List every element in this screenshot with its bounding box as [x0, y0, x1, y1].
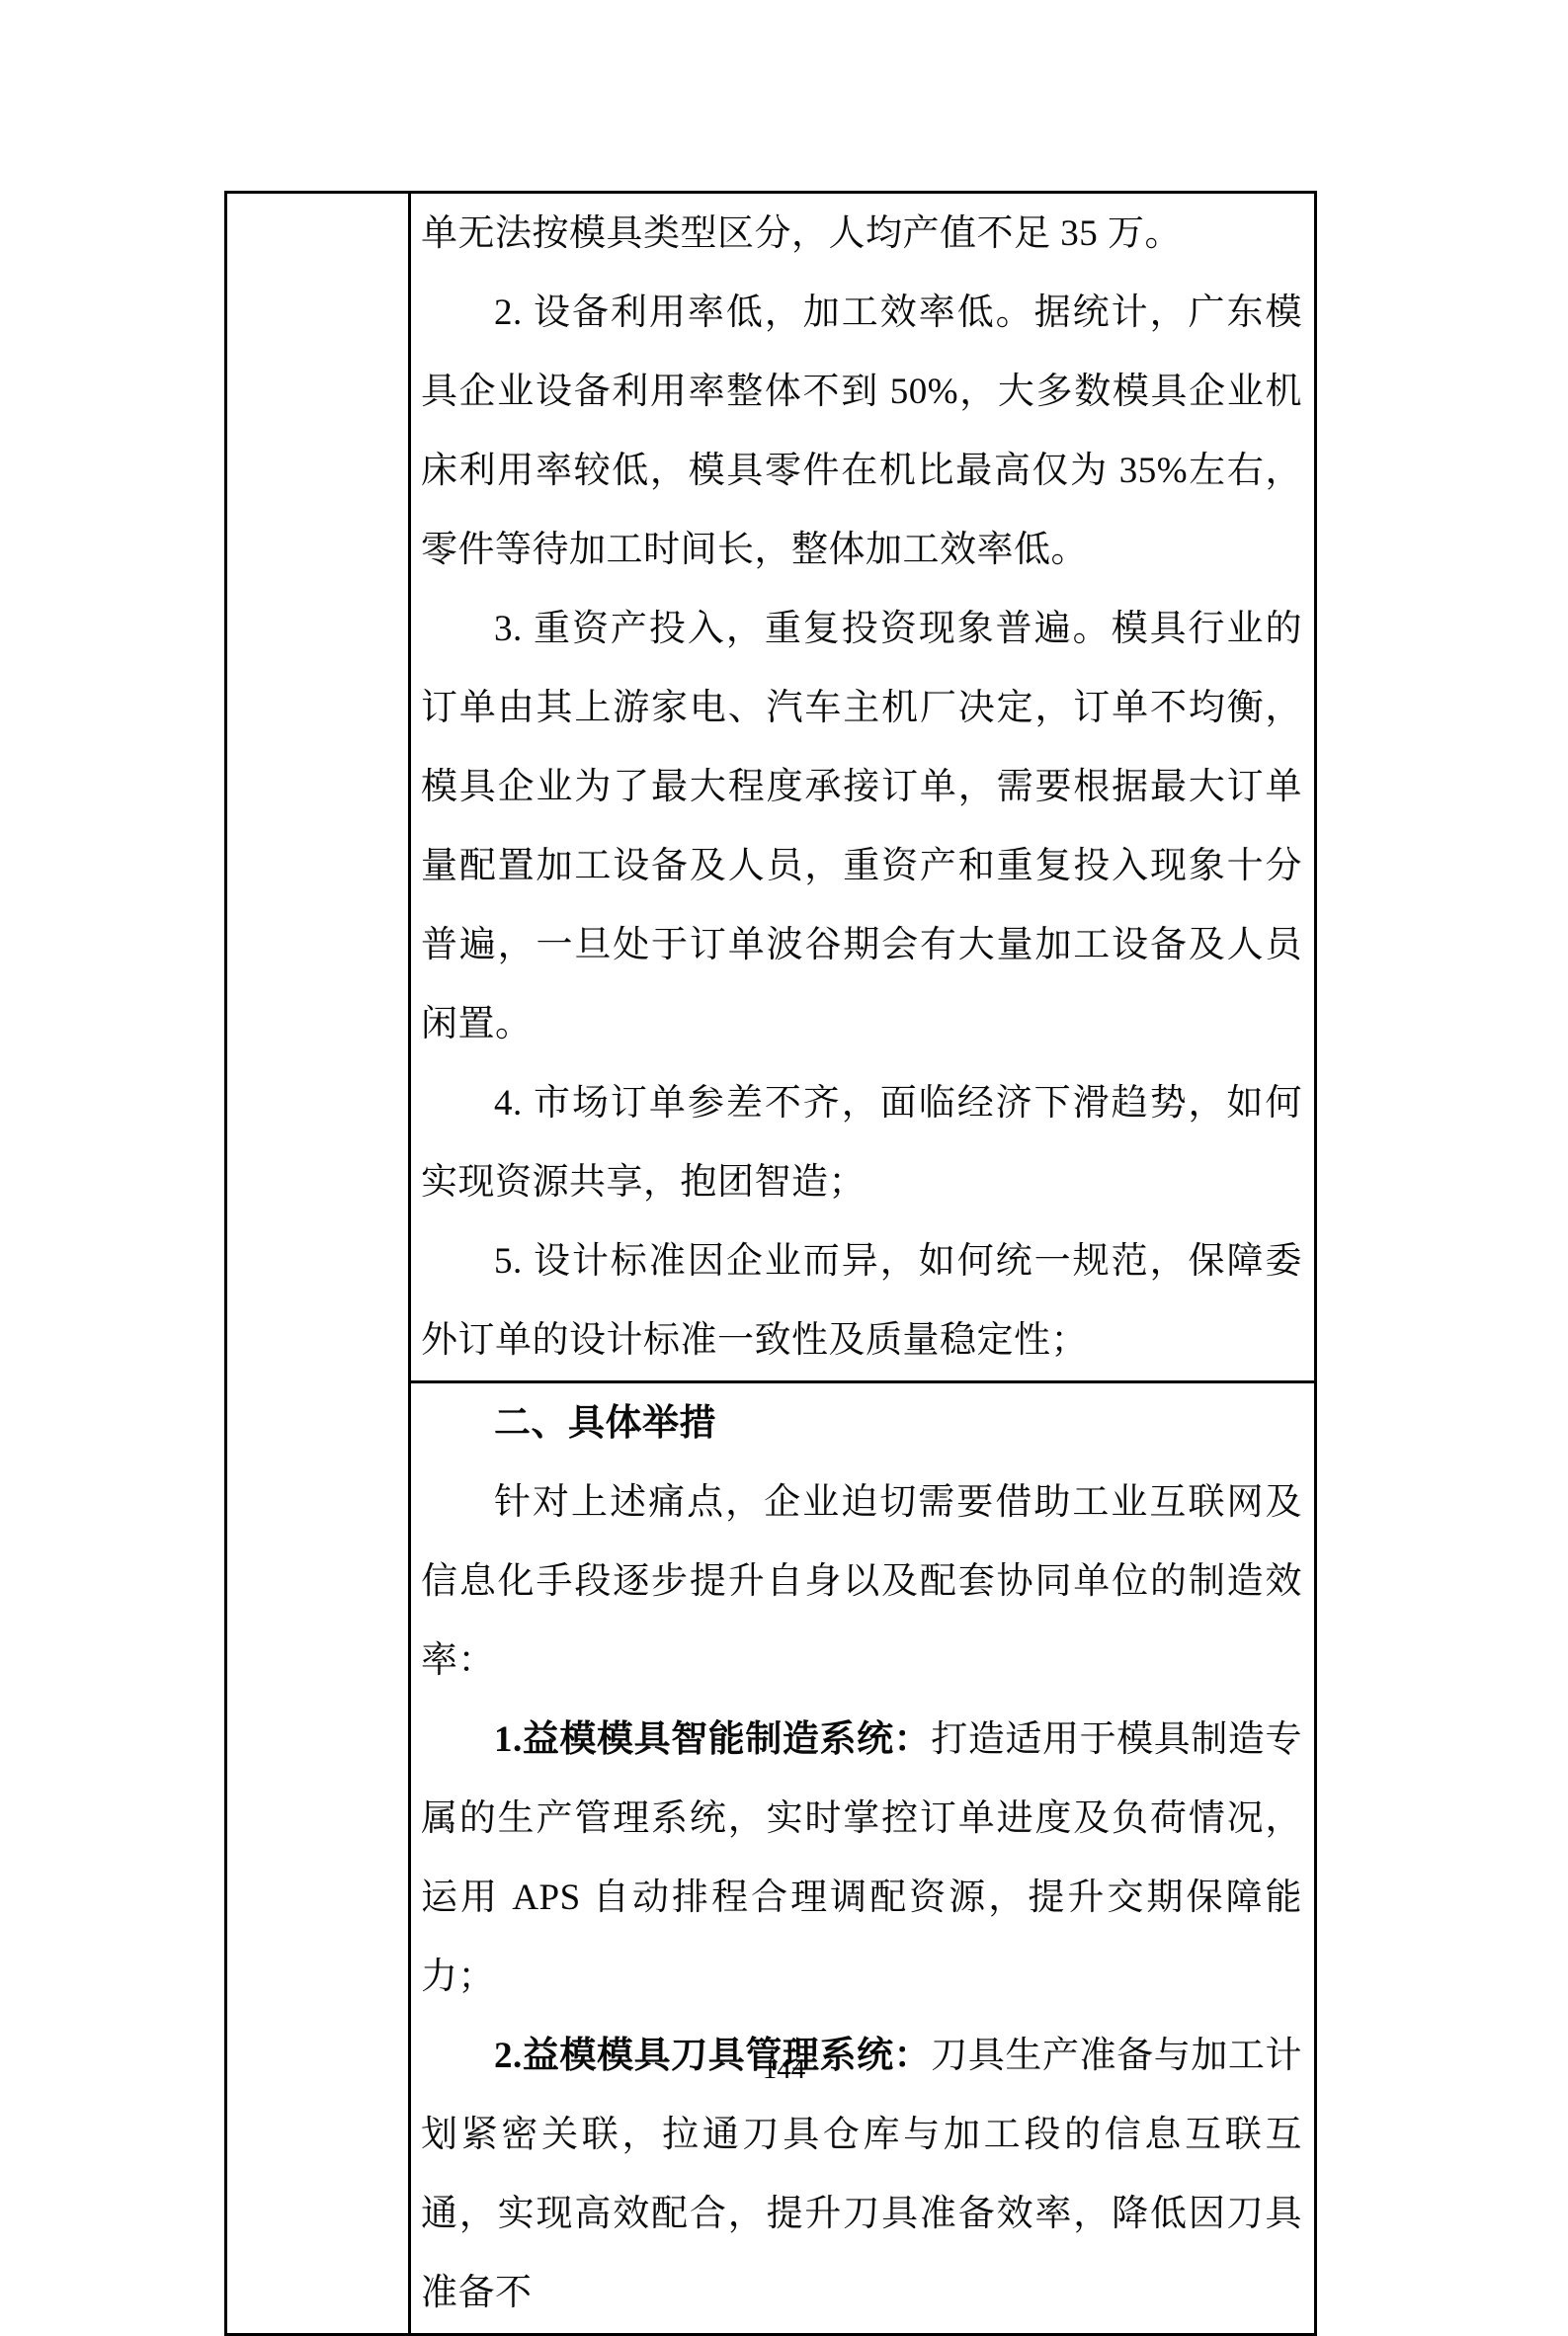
page-number: 144: [0, 2049, 1568, 2089]
document-page: { "table": { "left_column": { "content":…: [0, 0, 1568, 2218]
measure-item-1-lead: 1.益模模具智能制造系统：: [494, 1719, 931, 1760]
pain-point-paragraph-4: 4. 市场订单参差不齐，面临经济下滑趋势，如何实现资源共享，抱团智造；: [421, 1064, 1302, 1222]
measure-item-1-text: 打造适用于模具制造专属的生产管理系统，实时掌控订单进度及负荷情况，运用 APS …: [421, 1719, 1302, 1997]
section-heading: 二、具体举措: [421, 1384, 1302, 1463]
measures-cell: 二、具体举措 针对上述痛点，企业迫切需要借助工业互联网及信息化手段逐步提升自身以…: [410, 1382, 1316, 2335]
measures-intro-paragraph: 针对上述痛点，企业迫切需要借助工业互联网及信息化手段逐步提升自身以及配套协同单位…: [421, 1463, 1302, 1701]
table-left-label-cell: [226, 193, 410, 2335]
pain-point-paragraph-3: 3. 重资产投入，重复投资现象普遍。模具行业的订单由其上游家电、汽车主机厂决定，…: [421, 590, 1302, 1064]
pain-point-paragraph-5: 5. 设计标准因企业而异，如何统一规范，保障委外订单的设计标准一致性及质量稳定性…: [421, 1222, 1302, 1380]
pain-points-cell: 单无法按模具类型区分，人均产值不足 35 万。 2. 设备利用率低，加工效率低。…: [410, 193, 1316, 1382]
table-row-pain-points: 单无法按模具类型区分，人均产值不足 35 万。 2. 设备利用率低，加工效率低。…: [226, 193, 1316, 1382]
measure-item-1: 1.益模模具智能制造系统：打造适用于模具制造专属的生产管理系统，实时掌控订单进度…: [421, 1701, 1302, 2017]
pain-point-paragraph-2: 2. 设备利用率低，加工效率低。据统计，广东模具企业设备利用率整体不到 50%，…: [421, 274, 1302, 590]
pain-point-paragraph-continuation: 单无法按模具类型区分，人均产值不足 35 万。: [421, 195, 1302, 274]
content-table: 单无法按模具类型区分，人均产值不足 35 万。 2. 设备利用率低，加工效率低。…: [224, 191, 1317, 2336]
